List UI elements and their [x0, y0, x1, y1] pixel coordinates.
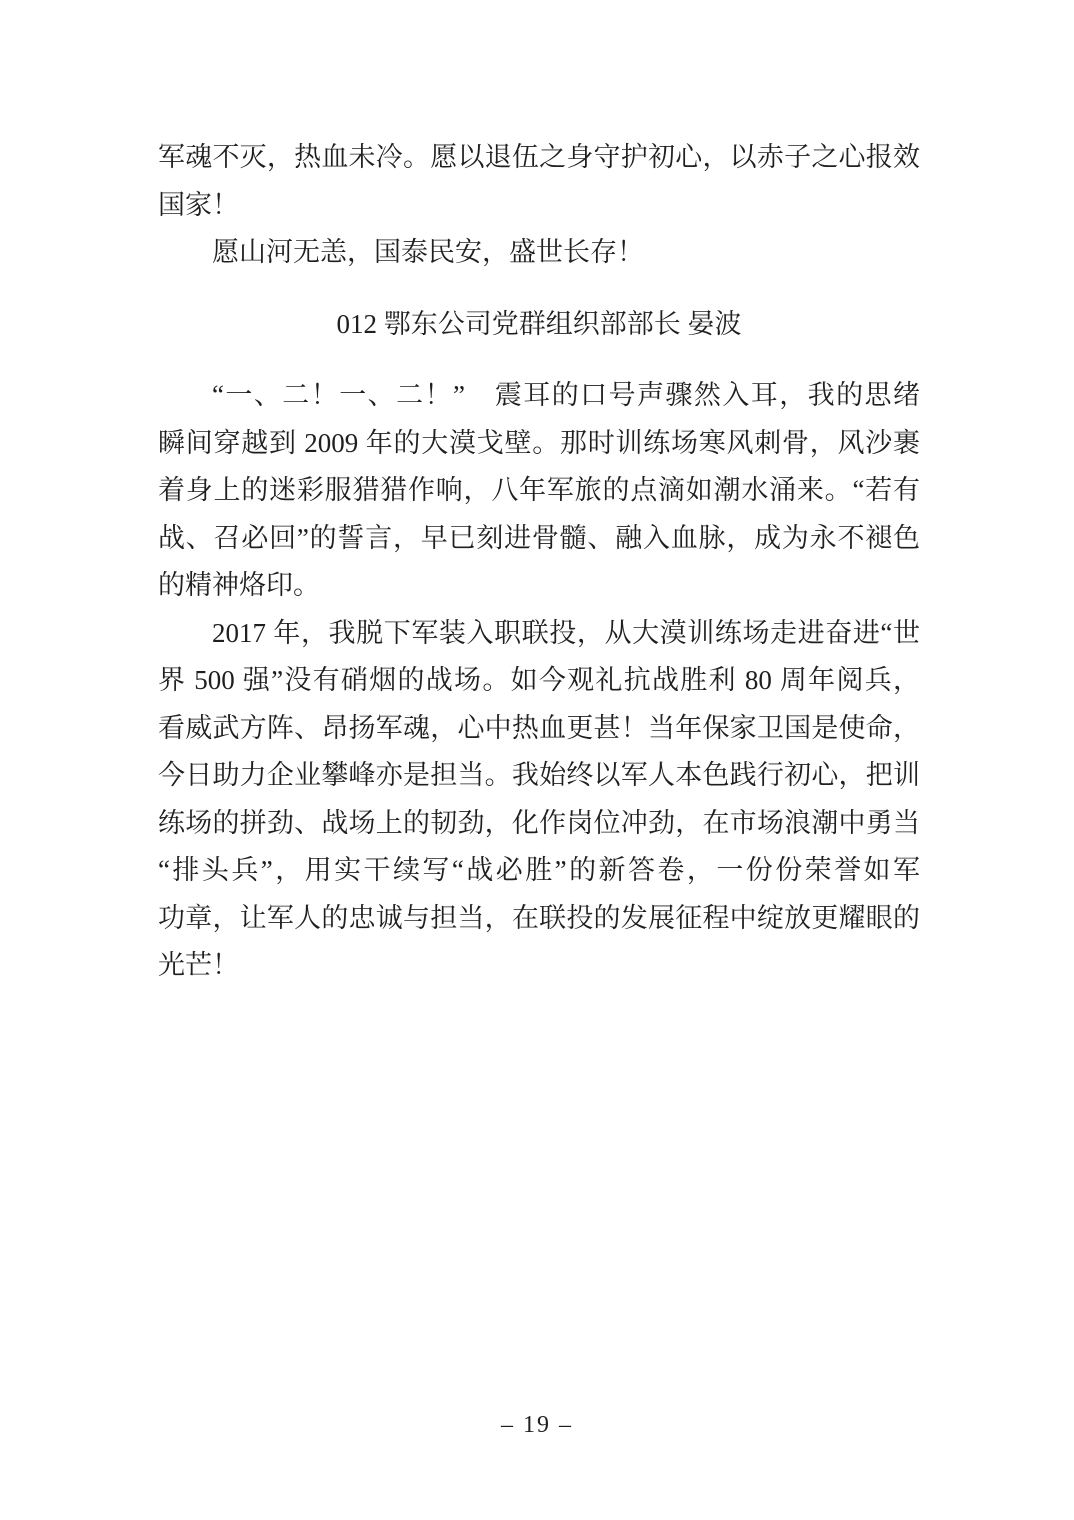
section-heading: 012 鄂东公司党群组织部部长 晏波: [158, 301, 920, 349]
page-footer: – 19 –: [0, 1410, 1074, 1440]
text-line: “一、二！一、二！” 震耳的口号声骤然入耳，我的思绪: [158, 372, 920, 420]
wish-line: 愿山河无恙，国泰民安，盛世长存！: [158, 229, 920, 277]
text-line: 光芒！: [158, 942, 920, 990]
page-body-text: 军魂不灭，热血未冷。愿以退伍之身守护初心，以赤子之心报效 国家！ 愿山河无恙，国…: [158, 134, 920, 990]
text-line: 国家！: [158, 182, 920, 230]
text-line: “排头兵”，用实干续写“战必胜”的新答卷，一份份荣誉如军: [158, 847, 920, 895]
text-line: 2017 年，我脱下军装入职联投，从大漠训练场走进奋进“世: [158, 610, 920, 658]
text-line: 着身上的迷彩服猎猎作响，八年军旅的点滴如潮水涌来。“若有: [158, 467, 920, 515]
text-line: 练场的拼劲、战场上的韧劲，化作岗位冲劲，在市场浪潮中勇当: [158, 800, 920, 848]
text-line: 界 500 强”没有硝烟的战场。如今观礼抗战胜利 80 周年阅兵，: [158, 657, 920, 705]
document-page: 军魂不灭，热血未冷。愿以退伍之身守护初心，以赤子之心报效 国家！ 愿山河无恙，国…: [0, 0, 1074, 1520]
text-line: 的精神烙印。: [158, 562, 920, 610]
text-line: 看威武方阵、昂扬军魂，心中热血更甚！当年保家卫国是使命，: [158, 705, 920, 753]
text-line: 战、召必回”的誓言，早已刻进骨髓、融入血脉，成为永不褪色: [158, 515, 920, 563]
text-line: 军魂不灭，热血未冷。愿以退伍之身守护初心，以赤子之心报效: [158, 134, 920, 182]
text-line: 今日助力企业攀峰亦是担当。我始终以军人本色践行初心，把训: [158, 752, 920, 800]
text-line: 瞬间穿越到 2009 年的大漠戈壁。那时训练场寒风刺骨，风沙裹: [158, 420, 920, 468]
page-number: – 19 –: [501, 1412, 573, 1438]
text-line: 功章，让军人的忠诚与担当，在联投的发展征程中绽放更耀眼的: [158, 895, 920, 943]
